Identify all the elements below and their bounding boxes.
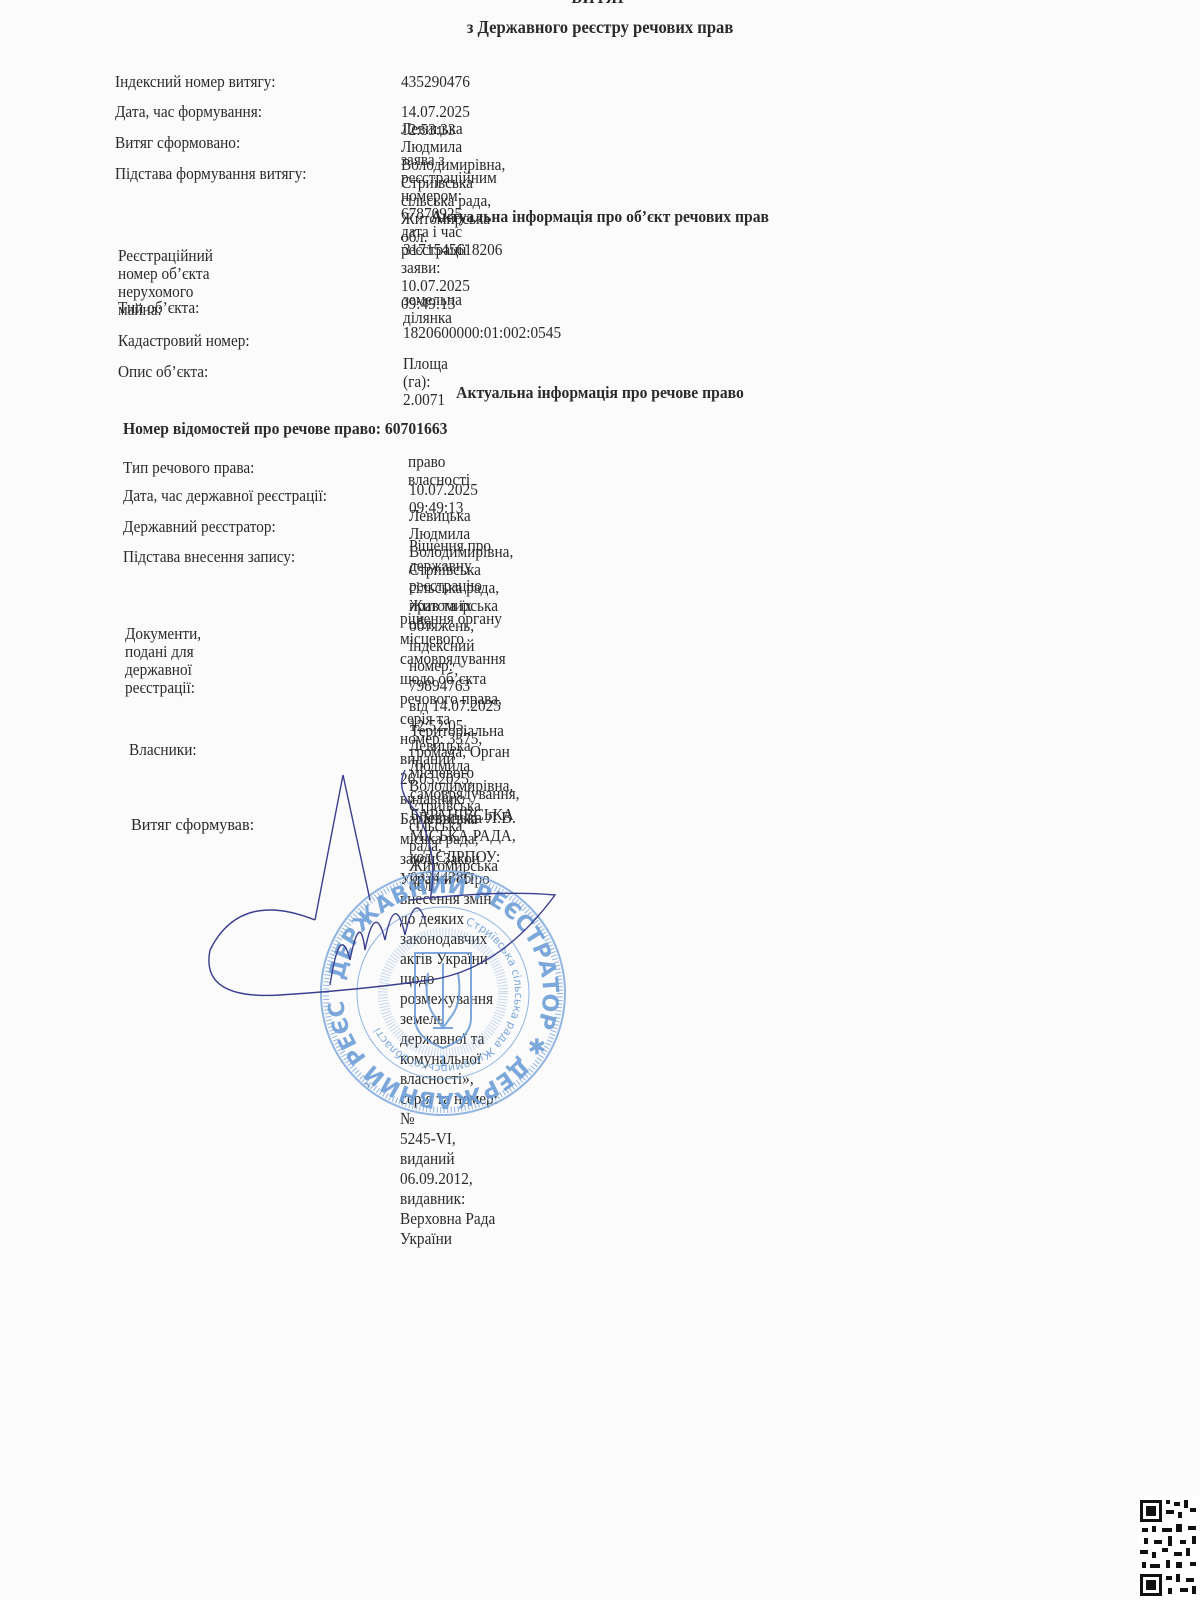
field-label: Витяг сформовано: <box>115 134 240 152</box>
section-heading-object: Актуальна інформація про об’єкт речових … <box>48 207 1152 227</box>
field-label: Підстава формування витягу: <box>115 165 306 183</box>
document-title: ВИТЯГ <box>60 0 1140 8</box>
field-label: Тип об’єкта: <box>118 299 199 317</box>
svg-text:1: 1 <box>439 1054 448 1070</box>
field-value: заява з реєстраційним номером: 67870925,… <box>401 151 497 313</box>
field-value: 3171545618206 <box>403 241 502 259</box>
registry-extract-page: ВИТЯГ з Державного реєстру речових прав … <box>0 0 1200 1600</box>
section-heading-right: Актуальна інформація про речове право <box>48 383 1152 403</box>
field-label: Документи, подані для державної реєстрац… <box>125 625 201 697</box>
field-value: 435290476 <box>401 73 470 91</box>
qr-code-icon <box>1138 1496 1200 1600</box>
field-value: земельна ділянка <box>403 291 462 327</box>
field-label: Підстава внесення запису: <box>123 548 295 566</box>
field-label: Опис об’єкта: <box>118 363 208 381</box>
field-label: Дата, час державної реєстрації: <box>123 487 327 505</box>
handwritten-signature-icon <box>200 770 580 1030</box>
document-subtitle: з Державного реєстру речових прав <box>48 17 1152 38</box>
field-label: Тип речового права: <box>123 459 254 477</box>
field-label: Індексний номер витягу: <box>115 73 275 91</box>
field-label: Дата, час формування: <box>115 103 262 121</box>
field-label: Державний реєстратор: <box>123 518 276 536</box>
field-label: Власники: <box>129 741 197 759</box>
field-value: 1820600000:01:002:0545 <box>403 324 561 342</box>
right-record-number: Номер відомостей про речове право: 60701… <box>123 419 447 439</box>
field-label: Кадастровий номер: <box>118 332 250 350</box>
